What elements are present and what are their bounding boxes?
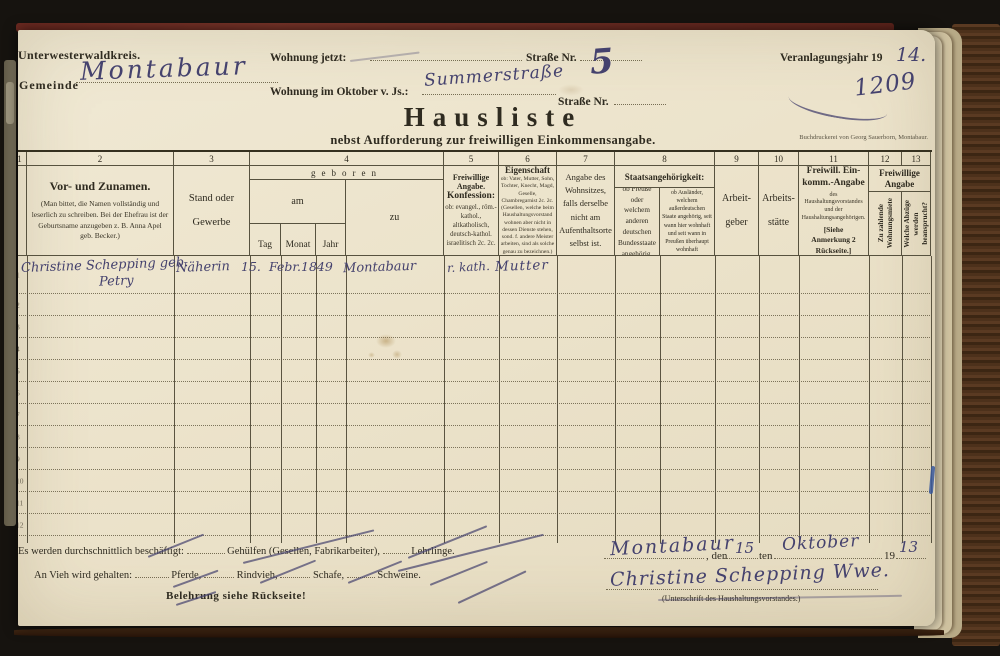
document-page: Unterwesterwaldkreis. Gemeinde Montabaur… <box>18 30 935 626</box>
gemeinde-handwriting: Montabaur <box>80 51 249 86</box>
table-row: 10 <box>18 470 932 492</box>
column-line <box>660 256 661 536</box>
column-line <box>174 256 175 536</box>
col-header-zu: zu <box>346 180 444 256</box>
eigenschaft-title: Eigenschaft <box>505 166 550 175</box>
entry-jahr: 1849 <box>301 259 333 274</box>
wohnung-jetzt-blank <box>370 60 522 61</box>
col-number-7: 7 <box>557 152 615 166</box>
month-handwriting: Oktober <box>782 531 860 555</box>
column-tick <box>281 536 282 543</box>
form-title: Hausliste <box>268 102 718 133</box>
column-line <box>499 256 500 536</box>
veranlagungsjahr-handwriting: 14. <box>896 44 926 66</box>
einkommen-note: des Haushaltungsvorstandes und der Haush… <box>800 192 867 223</box>
column-tick <box>557 536 558 543</box>
names-title: Vor- und Zunamen. <box>50 179 151 194</box>
row-number: 8 <box>18 432 20 441</box>
row-number: 9 <box>18 454 20 463</box>
year-handwriting: 13 <box>899 538 918 556</box>
table-row: 11 <box>18 492 932 514</box>
column-line <box>250 256 251 536</box>
entry-monat: Febr. <box>269 259 301 274</box>
konfession-title-2: Konfession: <box>447 191 495 201</box>
col-number-6: 6 <box>499 152 557 166</box>
date-blank-1 <box>604 558 704 559</box>
house-list-table: 1 2 3 4 5 6 7 8 9 10 11 12 13 Vor- und Z… <box>18 150 932 536</box>
table-row: 5 <box>18 360 932 382</box>
row-number: 6 <box>18 388 20 397</box>
signature-line <box>606 589 878 590</box>
livestock-line: An Vieh wird gehalten: Pferde, Rindvieh,… <box>34 567 421 581</box>
table-row: 9 <box>18 448 932 470</box>
gemeinde-label: Gemeinde <box>19 78 79 93</box>
column-tick <box>759 536 760 543</box>
col-number-10: 10 <box>759 152 799 166</box>
col-header-am: am <box>250 180 346 224</box>
col-header-wohnsitz: Angabe des Wohnsitzes, falls derselbe ni… <box>557 166 615 256</box>
col-header-freiwillige-angabe: Freiwillige Angabe <box>869 166 931 192</box>
einkommen-title: Freiwill. Ein- komm.-Angabe <box>802 166 865 190</box>
livestock-rindvieh: Rindvieh, <box>237 570 278 581</box>
col-number-4: 4 <box>250 152 444 166</box>
table-body: 123456789101112 <box>18 256 932 536</box>
konfession-title-1: Freiwillige Angabe. <box>445 173 497 191</box>
column-line <box>557 256 558 536</box>
column-tick <box>250 536 251 543</box>
row-number: 4 <box>18 344 20 353</box>
paper-stain <box>558 84 584 96</box>
livestock-schweine: Schweine. <box>377 570 420 581</box>
form-subtitle: nebst Aufforderung zur freiwilligen Eink… <box>238 133 748 148</box>
col-header-eigenschaft: Eigenschaft ob: Vater, Mutter, Sohn, Toc… <box>499 166 557 256</box>
livestock-schafe: Schafe, <box>313 570 344 581</box>
entry-tag: 15. <box>241 259 261 274</box>
col-number-5: 5 <box>444 152 499 166</box>
row-number: 3 <box>18 322 20 331</box>
table-row: 7 <box>18 404 932 426</box>
blank-line <box>187 543 225 554</box>
left-page-sliver-highlight <box>6 82 14 124</box>
date-blank-2 <box>724 558 758 559</box>
entry-name-line2: Petry <box>99 273 134 289</box>
table-row: 8 <box>18 426 932 448</box>
date-blank-3 <box>774 558 882 559</box>
wohnung-oktober-blank <box>422 94 556 95</box>
blank-line <box>135 567 169 578</box>
row-number: 2 <box>18 300 20 309</box>
column-line <box>346 256 347 536</box>
ten-label: ten <box>759 550 772 562</box>
column-line <box>27 256 28 536</box>
row-number: 12 <box>18 520 24 529</box>
column-tick <box>174 536 175 543</box>
col-header-jahr: Jahr <box>316 224 346 256</box>
table-row: 12 <box>18 514 932 536</box>
blank-line <box>383 543 409 554</box>
eigenschaft-note: ob: Vater, Mutter, Sohn, Tochter, Knecht… <box>500 176 555 256</box>
col-header-stand: Stand oder Gewerbe <box>174 166 250 256</box>
paper-stain <box>392 350 402 359</box>
einkommen-ref: [Siehe Anmerkung 2 Rückseite.] <box>811 225 855 256</box>
strasse-nr-handwriting: 5 <box>589 41 615 83</box>
col-number-11: 11 <box>799 152 869 166</box>
column-tick <box>869 536 870 543</box>
konfession-note: ob: evangel., röm.-kathol., altkatholisc… <box>445 203 497 249</box>
pen-stroke <box>430 561 488 586</box>
col-header-staat-preusse: ob Preuße oder welchem anderen deutschen… <box>615 188 660 256</box>
column-tick <box>316 536 317 543</box>
column-tick <box>931 536 932 543</box>
col-number-13: 13 <box>902 152 931 166</box>
entry-stand: Näherin <box>176 259 230 276</box>
col-header-geboren: geboren <box>250 166 444 180</box>
wohnung-oktober-label: Wohnung im Oktober v. Js.: <box>270 86 408 98</box>
col-header-arbeitsstaette: Arbeits- stätte <box>759 166 799 256</box>
col-header-einkommen: Freiwill. Ein- komm.-Angabe des Haushalt… <box>799 166 869 256</box>
col-header-konfession: Freiwillige Angabe. Konfession: ob: evan… <box>444 166 499 256</box>
book-edge-bottom <box>14 627 944 638</box>
livestock-prefix: An Vieh wird gehalten: <box>34 570 132 581</box>
miete-label: Zu zahlende Wohnungsmiete <box>876 198 894 248</box>
entry-konfession: r. kath. <box>447 259 491 275</box>
entry-eigenschaft: Mutter <box>495 257 549 275</box>
column-line <box>715 256 716 536</box>
column-line <box>444 256 445 536</box>
row-number: 7 <box>18 410 20 419</box>
column-tick <box>27 536 28 543</box>
column-line <box>902 256 903 536</box>
names-note: (Man bittet, die Namen vollständig und l… <box>31 199 169 243</box>
table-row: 6 <box>18 382 932 404</box>
col-header-miete: Zu zahlende Wohnungsmiete <box>869 192 902 256</box>
column-tick <box>499 536 500 543</box>
table-row: 4 <box>18 338 932 360</box>
col-header-row-number <box>18 166 27 256</box>
col-header-staat-auslaender: ob Ausländer, welchem außerdeutschen Sta… <box>660 188 715 256</box>
col-header-arbeitgeber: Arbeit- geber <box>715 166 759 256</box>
abzuege-label: Welche Abzüge werden beansprucht? <box>902 200 929 248</box>
col-header-tag: Tag <box>250 224 281 256</box>
row-number: 10 <box>18 476 24 485</box>
col-header-abzuege: Welche Abzüge werden beansprucht? <box>902 192 931 256</box>
paper-stain <box>376 334 396 348</box>
street-handwriting: Summerstraße <box>423 61 564 91</box>
employed-line: Es werden durchschnittlich beschäftigt: … <box>18 543 455 557</box>
den-label: , den <box>706 550 727 562</box>
row-number: 1 <box>18 270 20 279</box>
col-header-monat: Monat <box>281 224 316 256</box>
col-number-12: 12 <box>869 152 902 166</box>
column-line <box>316 256 317 536</box>
column-line <box>759 256 760 536</box>
signature-handwriting: Christine Schepping Wwe. <box>610 559 891 591</box>
day-handwriting: 15 <box>735 539 754 557</box>
wohnung-jetzt-label: Wohnung jetzt: <box>270 52 346 64</box>
col-number-8: 8 <box>615 152 715 166</box>
printer-note: Buchdruckerei von Georg Sauerborn, Monta… <box>718 134 928 141</box>
paper-stain <box>368 352 375 358</box>
col-header-staat: Staatsangehörigkeit: <box>615 166 715 188</box>
livestock-pferde: Pferde, <box>171 570 201 581</box>
pen-stroke <box>458 570 527 603</box>
date-blank-4 <box>896 558 926 559</box>
col-number-3: 3 <box>174 152 250 166</box>
row-number: 11 <box>18 498 23 507</box>
column-line <box>869 256 870 536</box>
left-page-sliver <box>4 60 16 526</box>
column-line <box>799 256 800 536</box>
table-row: 3 <box>18 316 932 338</box>
row-number: 5 <box>18 366 20 375</box>
col-number-2: 2 <box>27 152 174 166</box>
column-line <box>615 256 616 536</box>
col-number-1: 1 <box>18 152 27 166</box>
column-line <box>281 256 282 536</box>
col-header-names: Vor- und Zunamen. (Man bittet, die Namen… <box>27 166 174 256</box>
table-row: 2 <box>18 294 932 316</box>
entry-zu: Montabaur <box>343 259 417 277</box>
col-number-9: 9 <box>715 152 759 166</box>
veranlagungsjahr-label: Veranlagungsjahr 19 <box>780 52 883 64</box>
